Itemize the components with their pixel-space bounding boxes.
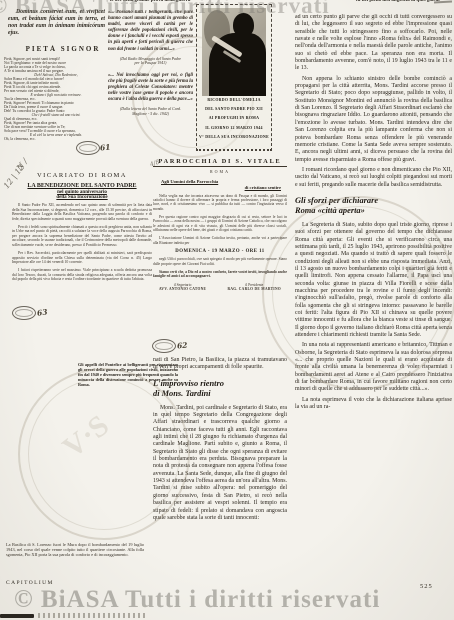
memorial-card-line: AI PROFUGHI IN ROMA [199,114,269,123]
leaflet-paragraph: Per i Rev. Sacerdoti, particolarmente pe… [12,251,152,265]
flyer-body: Nella veglia ma che incontra attraverso … [153,194,287,245]
flyer-invocation: di cristiano sentire [153,185,281,190]
embossed-seal [18,368,190,540]
archive-stamp-icon [76,141,100,155]
caption-basilica: La Basilica di S. Lorenzo fuori le Mura … [6,543,144,558]
leaflet-paragraph: I fattori rispetteranno serie nel massim… [12,268,152,282]
article-paragraph: La nota esprimeva il voto che la dichiar… [295,397,452,412]
cropped-header-text: fu nel pieno dell'angoscia di quei giorn… [356,0,440,3]
flyer-signatures: il Segretario AVV. ANTONIO CATONE il Pre… [153,283,287,292]
article-paragraph: Non appena lo schianto sinistro delle bo… [295,76,452,164]
heading-line: L'improvviso rientro [153,379,287,389]
scan-artifact-smudge [38,613,148,618]
pencil-marks: 12 | 12 N / [0,146,64,216]
flyer-header: PARROCCHIA DI S. VITALE [153,158,287,167]
ricordo-memorial-card: RICORDO DELL'OMELIADEL SANTO PADRE PIO X… [196,4,272,151]
journal-name: CAPITOLIUM [6,580,54,586]
handwritten-number: 63 [36,307,48,317]
copyright-watermark-bottom: © BiASA Tutti i diritti riservati [14,586,380,614]
page-number: 525 [420,583,433,590]
flyer-meeting-date: DOMENICA - 19 MARZO - ORE 11 [153,249,287,254]
flyer-paragraph: Nella veglia ma che incontra attraverso … [153,194,287,212]
flyer-paragraph: L'Associazione Uomini di Azione Cattolic… [153,236,287,245]
article-paragraph: I romani ricordano quel giorno e non dim… [295,167,452,189]
memorial-card-line: V° DELLA SUA INCORONAZIONE [199,133,269,142]
article-paragraph: ad un certo punto gli parve che gli occh… [295,14,452,73]
signature-name: RAG. CARLO DE MARTINO [228,287,282,291]
parrocchia-flyer: PARROCCHIA DI S. VITALE ROMA Agli Uomini… [153,158,287,354]
pope-silhouette-photo [202,8,266,96]
archive-stamp-icon [12,306,36,320]
signature-left: il Segretario AVV. ANTONIO CATONE [159,283,206,292]
hymn-verses: Pietà, Signore, pei nostri santi templi!… [4,57,108,141]
heading-line: di Mons. Tardini [153,389,287,399]
flyer-invocation: Agli Uomini della Parrocchia [161,179,287,184]
scan-artifact-bar [0,614,34,618]
scanned-journal-page: H V·S le ore della grande prova della gu… [0,0,454,620]
memorial-card-line: IL GIORNO 12 MARZO 1944 [199,124,269,133]
flyer-paragraph: negli Uffici parrocchiali, ove sarà spie… [153,257,287,266]
cropped-header-text: le ore della grande prova della guerra [110,0,190,3]
signature-name: AVV. ANTONIO CATONE [159,287,206,291]
leaflet-paragraph: Perciò i fedeli sono spiritualmente chia… [12,225,152,248]
section-heading-rientro: L'improvviso rientro di Mons. Tardini [153,379,287,399]
hymn-line: Oh, la clemenza, ecc. [4,137,108,141]
flyer-paragraph-bold: Siamo certi che, a Dio ed a nostro confo… [153,270,287,279]
memorial-card-text: RICORDO DELL'OMELIADEL SANTO PADRE PIO X… [199,96,269,142]
memorial-card-line: DEL SANTO PADRE PIO XII [199,105,269,114]
article-paragraph: nati di San Pietro, la Basilica, la piaz… [153,357,287,372]
hymn-title: PIETÀ SIGNOR [24,45,102,53]
handwritten-number: 61 [100,142,111,152]
memorial-card-line: RICORDO DELL'OMELIA [199,96,269,105]
latin-prayer: Dóminus consérvet eum, et vivíficet eum,… [8,9,105,37]
archive-stamp-icon [152,339,176,353]
scan-smudge [434,1,452,4]
flyer-city: ROMA [153,169,287,174]
handwritten-number: 62 [177,341,188,351]
cropped-header-fragment: fu nel pieno dell'angoscia di quei giorn… [356,0,444,3]
flyer-paragraph: Per questa ragione contro ogni maggior d… [153,215,287,233]
signature-right: il Presidente RAG. CARLO DE MARTINO [228,283,282,292]
